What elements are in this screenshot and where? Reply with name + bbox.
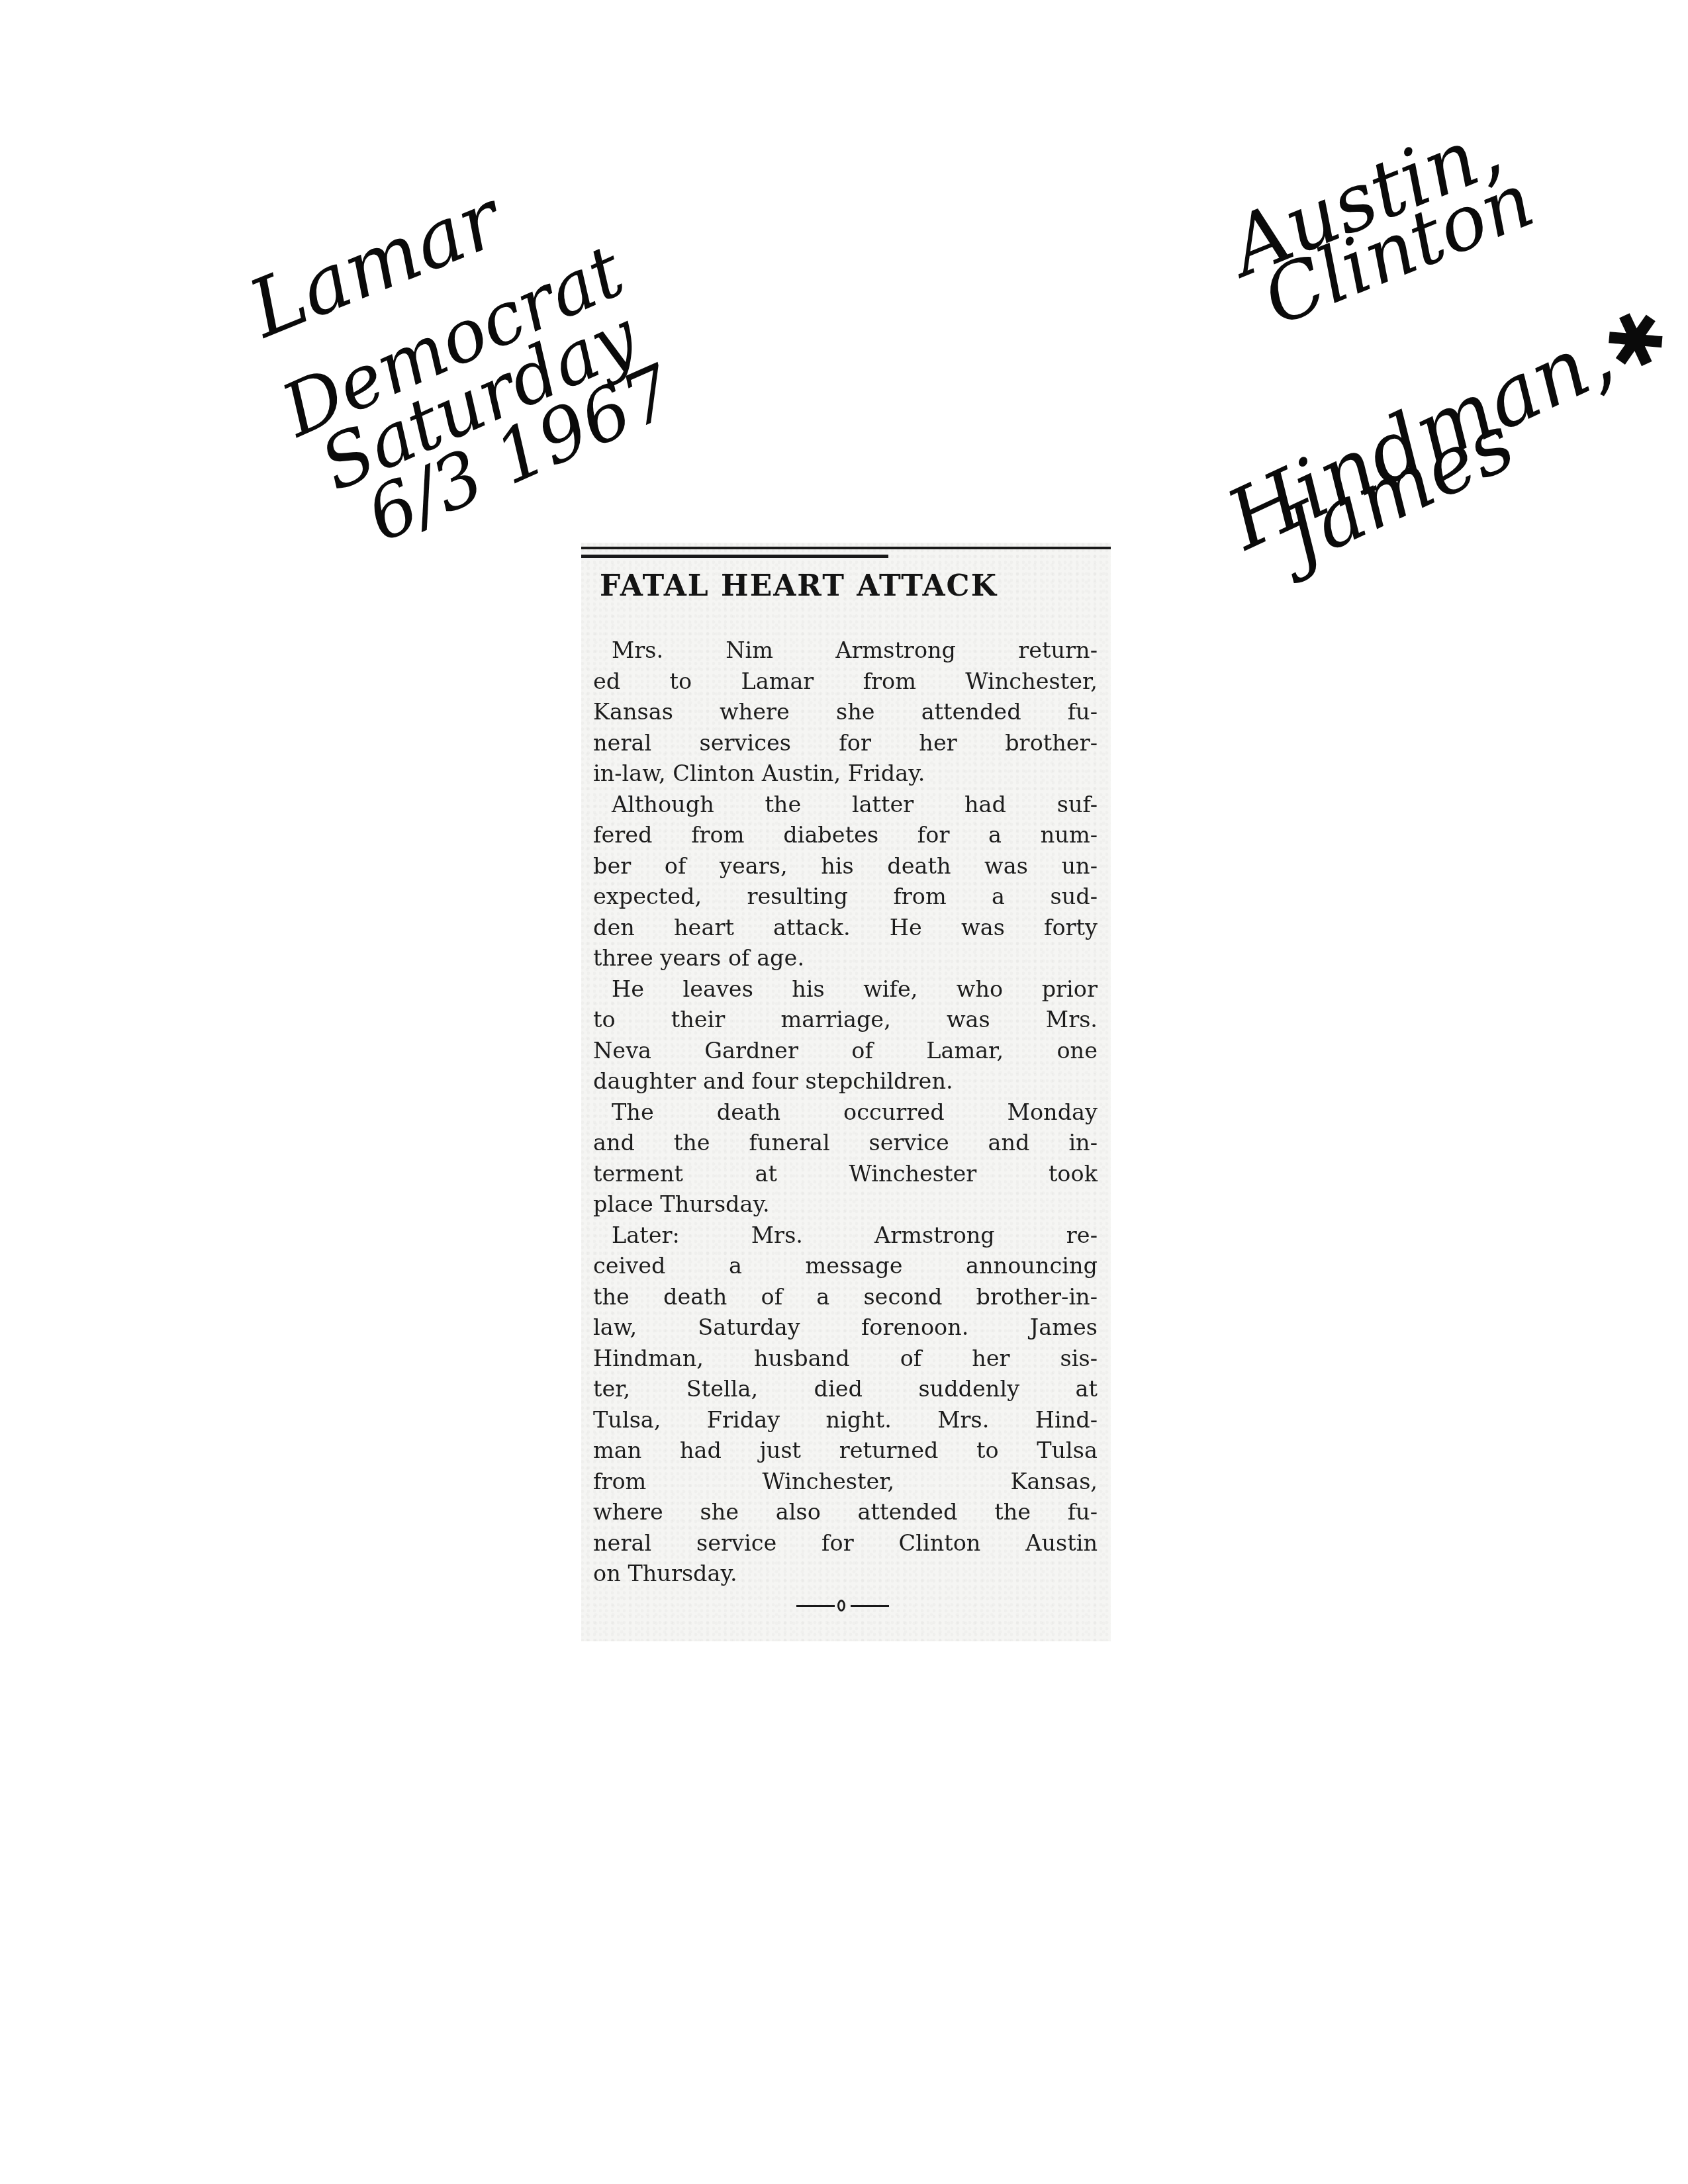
article-line: on Thursday. bbox=[593, 1559, 1098, 1590]
article-line: ceived a message announcing bbox=[593, 1251, 1098, 1282]
article-line: from Winchester, Kansas, bbox=[593, 1467, 1098, 1498]
article-line: three years of age. bbox=[593, 943, 1098, 974]
article-line: Mrs. Nim Armstrong return- bbox=[593, 635, 1098, 666]
handwritten-source-note: Lamar Democrat Saturday 6/3 1967 bbox=[232, 199, 629, 503]
article-line: ter, Stella, died suddenly at bbox=[593, 1374, 1098, 1405]
article-line: neral services for her brother- bbox=[593, 728, 1098, 759]
article-line: The death occurred Monday bbox=[593, 1097, 1098, 1128]
handwritten-index-note: Austin, Clinton Hindman,✱ James bbox=[1192, 132, 1615, 569]
article-headline: FATAL HEART ATTACK bbox=[600, 569, 998, 603]
end-separator-icon bbox=[796, 1598, 889, 1614]
article-line: law, Saturday forenoon. James bbox=[593, 1312, 1098, 1343]
article-line: man had just returned to Tulsa bbox=[593, 1435, 1098, 1467]
newspaper-clipping: FATAL HEART ATTACK Mrs. Nim Armstrong re… bbox=[581, 543, 1111, 1641]
article-line: Neva Gardner of Lamar, one bbox=[593, 1036, 1098, 1067]
article-line: Later: Mrs. Armstrong re- bbox=[593, 1220, 1098, 1251]
article-line: Kansas where she attended fu- bbox=[593, 697, 1098, 728]
article-line: and the funeral service and in- bbox=[593, 1128, 1098, 1159]
article-line: den heart attack. He was forty bbox=[593, 913, 1098, 944]
article-line: where she also attended the fu- bbox=[593, 1497, 1098, 1528]
article-line: He leaves his wife, who prior bbox=[593, 974, 1098, 1005]
header-rule bbox=[581, 543, 1111, 561]
article-line: to their marriage, was Mrs. bbox=[593, 1005, 1098, 1036]
article-line: Although the latter had suf- bbox=[593, 790, 1098, 821]
article-line: ber of years, his death was un- bbox=[593, 851, 1098, 882]
article-line: the death of a second brother-in- bbox=[593, 1282, 1098, 1313]
article-line: fered from diabetes for a num- bbox=[593, 820, 1098, 851]
article-line: in-law, Clinton Austin, Friday. bbox=[593, 758, 1098, 790]
article-line: terment at Winchester took bbox=[593, 1159, 1098, 1190]
article-line: daughter and four stepchildren. bbox=[593, 1066, 1098, 1097]
article-line: Tulsa, Friday night. Mrs. Hind- bbox=[593, 1405, 1098, 1436]
article-body: Mrs. Nim Armstrong return-ed to Lamar fr… bbox=[593, 635, 1098, 1590]
article-line: neral service for Clinton Austin bbox=[593, 1528, 1098, 1559]
article-line: expected, resulting from a sud- bbox=[593, 882, 1098, 913]
article-line: place Thursday. bbox=[593, 1189, 1098, 1220]
article-line: Hindman, husband of her sis- bbox=[593, 1343, 1098, 1375]
article-line: ed to Lamar from Winchester, bbox=[593, 666, 1098, 698]
